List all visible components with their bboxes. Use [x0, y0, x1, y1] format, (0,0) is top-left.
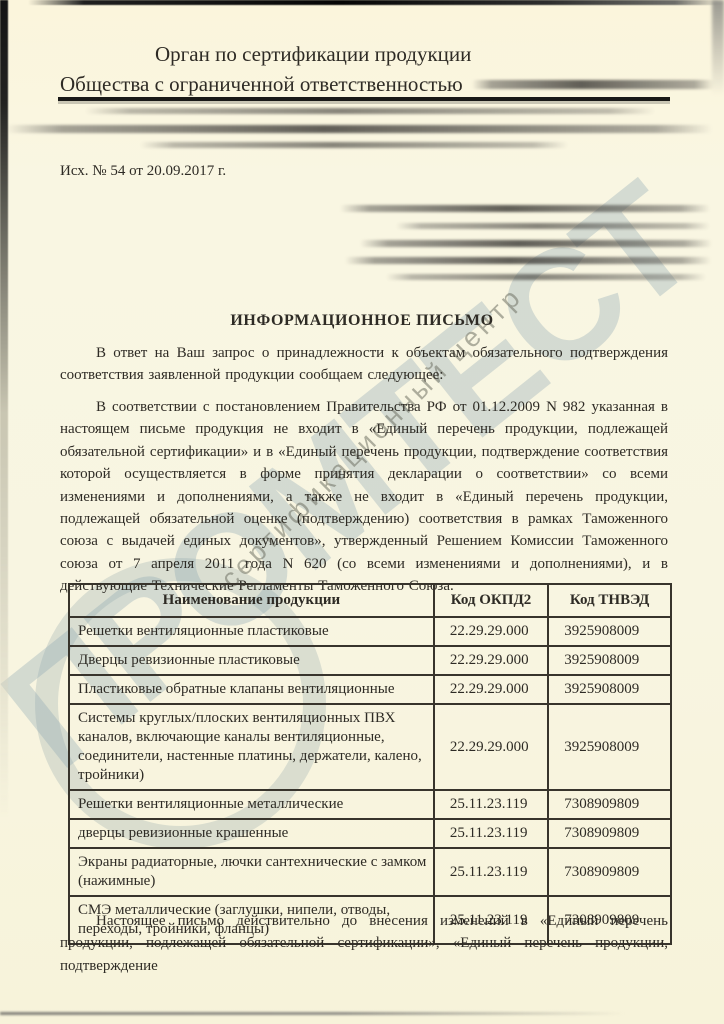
- org-header-line2: Общества с ограниченной ответственностью: [60, 72, 463, 97]
- org-header-line1: Орган по сертификации продукции: [155, 42, 471, 67]
- table-row: Системы круглых/плоских вентиляционных П…: [69, 704, 671, 790]
- letter-paragraph-intro: В ответ на Ваш запрос о принадлежности к…: [60, 342, 668, 387]
- redacted-contact-line: [6, 125, 712, 133]
- redacted-addressee-line: [396, 223, 710, 229]
- table-column-header: Наименование продукции: [69, 584, 434, 617]
- product-name-cell: Пластиковые обратные клапаны вентиляцион…: [69, 675, 434, 704]
- header-rule: [58, 97, 670, 101]
- table-row: дверцы ревизионные крашенные25.11.23.119…: [69, 819, 671, 848]
- table-column-header: Код ОКПД2: [434, 584, 548, 617]
- redacted-contact-line: [85, 108, 655, 114]
- table-row: Решетки вентиляционные металлические25.1…: [69, 790, 671, 819]
- redacted-addressee-line: [345, 257, 711, 264]
- letter-paragraph-validity: Настоящее письмо действительно до внесен…: [60, 910, 668, 977]
- redacted-contact-line: [140, 142, 568, 148]
- tnved-code-cell: 7308909809: [548, 848, 671, 896]
- tnved-code-cell: 3925908009: [548, 617, 671, 646]
- product-codes-table: Наименование продукцииКод ОКПД2Код ТНВЭД…: [68, 583, 672, 945]
- redacted-addressee-line: [340, 205, 710, 212]
- product-name-cell: Решетки вентиляционные пластиковые: [69, 617, 434, 646]
- tnved-code-cell: 3925908009: [548, 675, 671, 704]
- letter-paragraph-main: В соответствии с постановлением Правител…: [60, 396, 668, 598]
- okpd2-code-cell: 25.11.23.119: [434, 819, 548, 848]
- product-name-cell: Решетки вентиляционные металлические: [69, 790, 434, 819]
- table-row: Пластиковые обратные клапаны вентиляцион…: [69, 675, 671, 704]
- redacted-org-name: [472, 80, 714, 89]
- scanned-letter-page: ПРОМТЕСТ сертификационный центр Орган по…: [0, 0, 724, 1024]
- table-row: Дверцы ревизионные пластиковые22.29.29.0…: [69, 646, 671, 675]
- outgoing-number-date: Исх. № 54 от 20.09.2017 г.: [60, 163, 226, 180]
- tnved-code-cell: 3925908009: [548, 646, 671, 675]
- okpd2-code-cell: 25.11.23.119: [434, 790, 548, 819]
- table-row: Решетки вентиляционные пластиковые22.29.…: [69, 617, 671, 646]
- table-row: Экраны радиаторные, лючки сантехнические…: [69, 848, 671, 896]
- table-column-header: Код ТНВЭД: [548, 584, 671, 617]
- table-body: Решетки вентиляционные пластиковые22.29.…: [69, 617, 671, 944]
- okpd2-code-cell: 22.29.29.000: [434, 704, 548, 790]
- okpd2-code-cell: 22.29.29.000: [434, 617, 548, 646]
- letter-title: ИНФОРМАЦИОННОЕ ПИСЬМО: [0, 312, 724, 330]
- product-name-cell: Дверцы ревизионные пластиковые: [69, 646, 434, 675]
- redacted-addressee-line: [360, 240, 712, 247]
- product-name-cell: дверцы ревизионные крашенные: [69, 819, 434, 848]
- redacted-addressee-line: [386, 274, 706, 280]
- product-name-cell: Экраны радиаторные, лючки сантехнические…: [69, 848, 434, 896]
- okpd2-code-cell: 22.29.29.000: [434, 675, 548, 704]
- tnved-code-cell: 7308909809: [548, 790, 671, 819]
- okpd2-code-cell: 25.11.23.119: [434, 848, 548, 896]
- okpd2-code-cell: 22.29.29.000: [434, 646, 548, 675]
- product-name-cell: Системы круглых/плоских вентиляционных П…: [69, 704, 434, 790]
- table-header-row: Наименование продукцииКод ОКПД2Код ТНВЭД: [69, 584, 671, 617]
- tnved-code-cell: 3925908009: [548, 704, 671, 790]
- tnved-code-cell: 7308909809: [548, 819, 671, 848]
